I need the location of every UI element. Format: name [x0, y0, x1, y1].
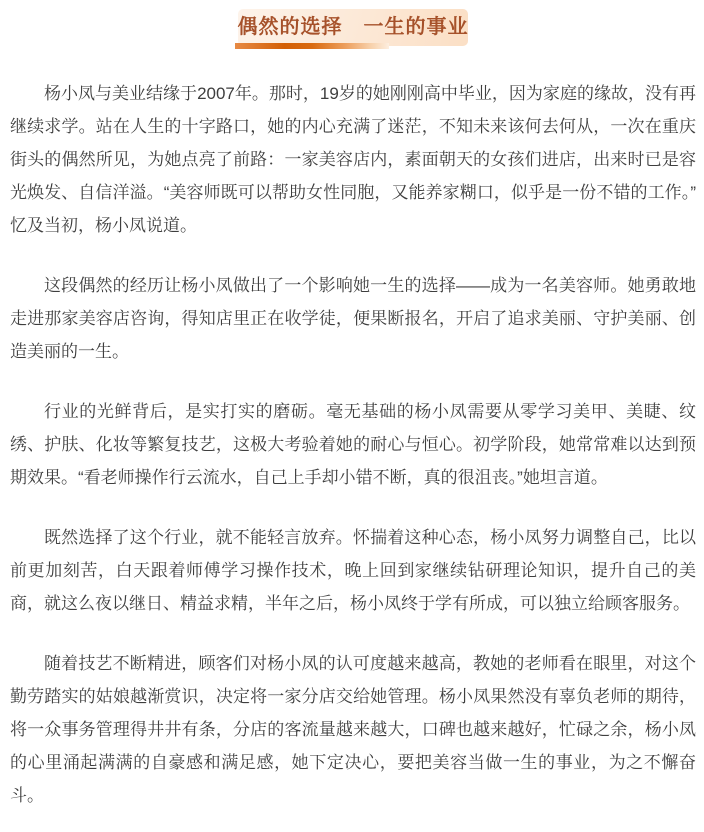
paragraph: 行业的光鲜背后，是实打实的磨砺。毫无基础的杨小凤需要从零学习美甲、美睫、纹绣、护…: [10, 395, 696, 494]
article-title: 偶然的选择 一生的事业: [238, 9, 469, 46]
paragraph: 随着技艺不断精进，顾客们对杨小凤的认可度越来越高，教她的老师看在眼里，对这个勤劳…: [10, 647, 696, 812]
article-page: 偶然的选择 一生的事业 杨小凤与美业结缘于2007年。那时，19岁的她刚刚高中毕…: [0, 0, 704, 832]
title-underline-bar: [235, 43, 389, 49]
paragraph: 这段偶然的经历让杨小凤做出了一个影响她一生的选择——成为一名美容师。她勇敢地走进…: [10, 269, 696, 368]
article-header: 偶然的选择 一生的事业: [10, 9, 696, 46]
paragraph: 既然选择了这个行业，就不能轻言放弃。怀揣着这种心态，杨小凤努力调整自己，比以前更…: [10, 521, 696, 620]
paragraph: 杨小凤与美业结缘于2007年。那时，19岁的她刚刚高中毕业，因为家庭的缘故，没有…: [10, 77, 696, 242]
article-body: 杨小凤与美业结缘于2007年。那时，19岁的她刚刚高中毕业，因为家庭的缘故，没有…: [10, 77, 696, 812]
article-title-banner: 偶然的选择 一生的事业: [238, 9, 468, 46]
